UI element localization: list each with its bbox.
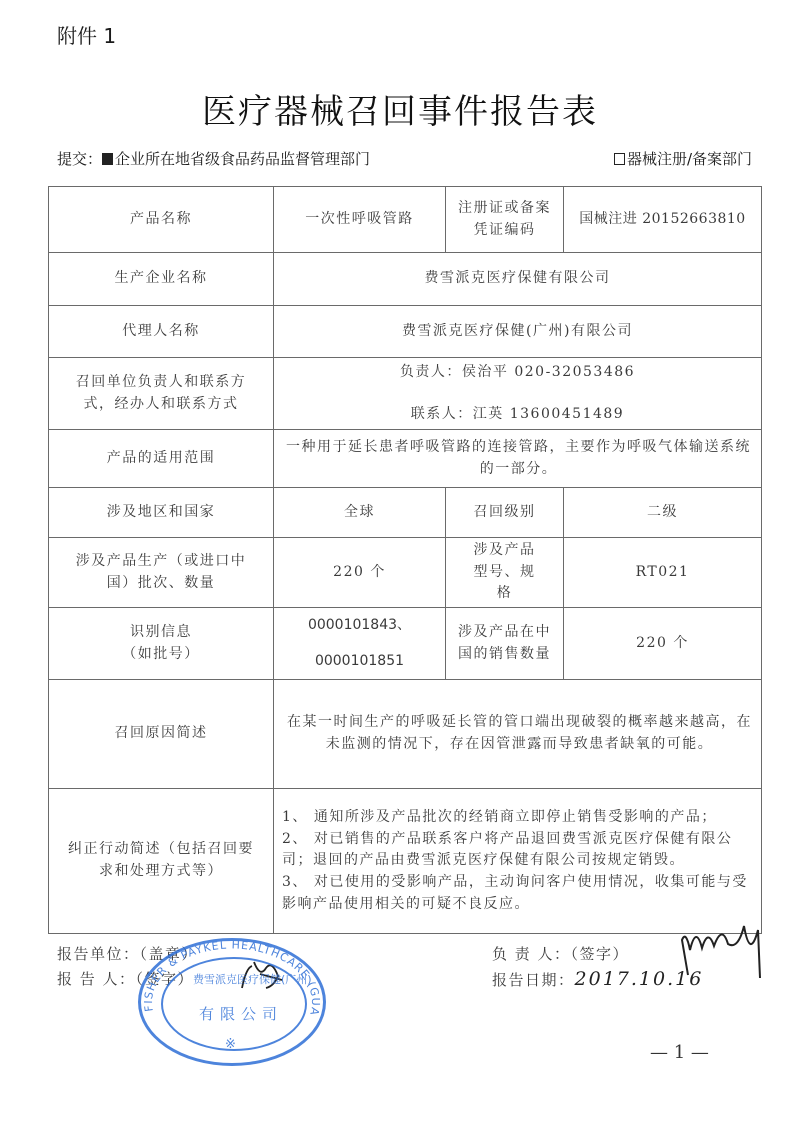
table-row: 涉及地区和国家 全球 召回级别 二级 (49, 488, 762, 538)
table-row: 召回单位负责人和联系方式，经办人和联系方式 负责人：侯治平 020-320534… (49, 358, 762, 430)
report-date-label: 报告日期： (492, 971, 575, 989)
model-label: 涉及产品型号、规格 (446, 538, 564, 608)
model-value: RT021 (564, 538, 762, 608)
table-row: 代理人名称 费雪派克医疗保健(广州)有限公司 (49, 306, 762, 358)
checkbox-registration[interactable] (614, 153, 625, 165)
scope-label: 产品的适用范围 (49, 430, 274, 488)
table-row: 召回原因简述 在某一时间生产的呼吸延长管的管口端出现破裂的概率越来越高，在未监测… (49, 680, 762, 789)
batch-label: 涉及产品生产（或进口中国）批次、数量 (49, 538, 274, 608)
submit-to-row: 提交：企业所在地省级食品药品监督管理部门 器械注册/备案部门 (57, 148, 752, 169)
action-item-3: 3、 对已使用的受影响产品，主动询问客户使用情况，收集可能与受影响产品使用相关的… (282, 872, 755, 915)
table-row: 产品的适用范围 一种用于延长患者呼吸管路的连接管路，主要作为呼吸气体输送系统的一… (49, 430, 762, 488)
submit-label: 提交： (57, 150, 102, 168)
stamp-star-icon: ※ (225, 1037, 236, 1052)
contact-handler: 联系人：江英 13600451489 (280, 404, 755, 426)
table-row: 生产企业名称 费雪派克医疗保健有限公司 (49, 253, 762, 306)
recall-level-label: 召回级别 (446, 488, 564, 538)
action-item-1: 1、 通知所涉及产品批次的经销商立即停止销售受影响的产品； (282, 807, 755, 829)
stamp-chinese-top: 费雪派克医疗保健(广州) (193, 971, 312, 987)
company-stamp: FISHER & PAYKEL HEALTHCARE (GUANGZHOU) L… (138, 938, 326, 1066)
report-date-row: 报告日期：2017.10.16 (492, 968, 703, 990)
page-title: 医疗器械召回事件报告表 (0, 84, 800, 133)
scope-value: 一种用于延长患者呼吸管路的连接管路，主要作为呼吸气体输送系统的一部分。 (274, 430, 762, 488)
table-row: 纠正行动简述（包括召回要求和处理方式等） 1、 通知所涉及产品批次的经销商立即停… (49, 789, 762, 934)
submit-option-registration-label: 器械注册/备案部门 (627, 150, 752, 168)
attachment-label: 附件 1 (57, 20, 116, 49)
submit-option-registration: 器械注册/备案部门 (614, 148, 752, 169)
product-name-label: 产品名称 (49, 187, 274, 253)
batch-value: 220 个 (274, 538, 446, 608)
agent-label: 代理人名称 (49, 306, 274, 358)
reg-cert-value: 国械注进 20152663810 (564, 187, 762, 253)
contact-responsible: 负责人：侯治平 020-32053486 (280, 362, 755, 384)
batch-number-2: 0000101851 (280, 651, 439, 673)
id-value: 0000101843、 0000101851 (274, 608, 446, 680)
china-sales-value: 220 个 (564, 608, 762, 680)
batch-number-1: 0000101843、 (280, 615, 439, 637)
action-item-2: 2、 对已销售的产品联系客户将产品退回费雪派克医疗保健有限公司；退回的产品由费雪… (282, 829, 755, 872)
responsible-signature-icon (678, 920, 778, 980)
reason-label: 召回原因简述 (49, 680, 274, 789)
manufacturer-value: 费雪派克医疗保健有限公司 (274, 253, 762, 306)
stamp-chinese-name: 有限公司 (199, 1003, 283, 1024)
agent-value: 费雪派克医疗保健(广州)有限公司 (274, 306, 762, 358)
submit-option-provincial: 提交：企业所在地省级食品药品监督管理部门 (57, 148, 370, 169)
page-number: — 1 — (650, 1042, 709, 1063)
reason-value: 在某一时间生产的呼吸延长管的管口端出现破裂的概率越来越高，在未监测的情况下，存在… (274, 680, 762, 789)
manufacturer-label: 生产企业名称 (49, 253, 274, 306)
china-sales-label: 涉及产品在中国的销售数量 (446, 608, 564, 680)
table-row: 识别信息（如批号） 0000101843、 0000101851 涉及产品在中国… (49, 608, 762, 680)
action-value: 1、 通知所涉及产品批次的经销商立即停止销售受影响的产品； 2、 对已销售的产品… (274, 789, 762, 934)
responsible-label: 负 责 人：（签字） (492, 943, 629, 964)
recall-level-value: 二级 (564, 488, 762, 538)
contact-value: 负责人：侯治平 020-32053486 联系人：江英 13600451489 (274, 358, 762, 430)
id-label: 识别信息（如批号） (49, 608, 274, 680)
table-row: 涉及产品生产（或进口中国）批次、数量 220 个 涉及产品型号、规格 RT021 (49, 538, 762, 608)
checkbox-provincial[interactable] (102, 153, 113, 165)
region-label: 涉及地区和国家 (49, 488, 274, 538)
submit-option-provincial-label: 企业所在地省级食品药品监督管理部门 (115, 150, 370, 168)
reg-cert-label: 注册证或备案凭证编码 (446, 187, 564, 253)
recall-report-table: 产品名称 一次性呼吸管路 注册证或备案凭证编码 国械注进 20152663810… (48, 186, 762, 934)
table-row: 产品名称 一次性呼吸管路 注册证或备案凭证编码 国械注进 20152663810 (49, 187, 762, 253)
action-label: 纠正行动简述（包括召回要求和处理方式等） (49, 789, 274, 934)
product-name-value: 一次性呼吸管路 (274, 187, 446, 253)
region-value: 全球 (274, 488, 446, 538)
contact-label: 召回单位负责人和联系方式，经办人和联系方式 (49, 358, 274, 430)
